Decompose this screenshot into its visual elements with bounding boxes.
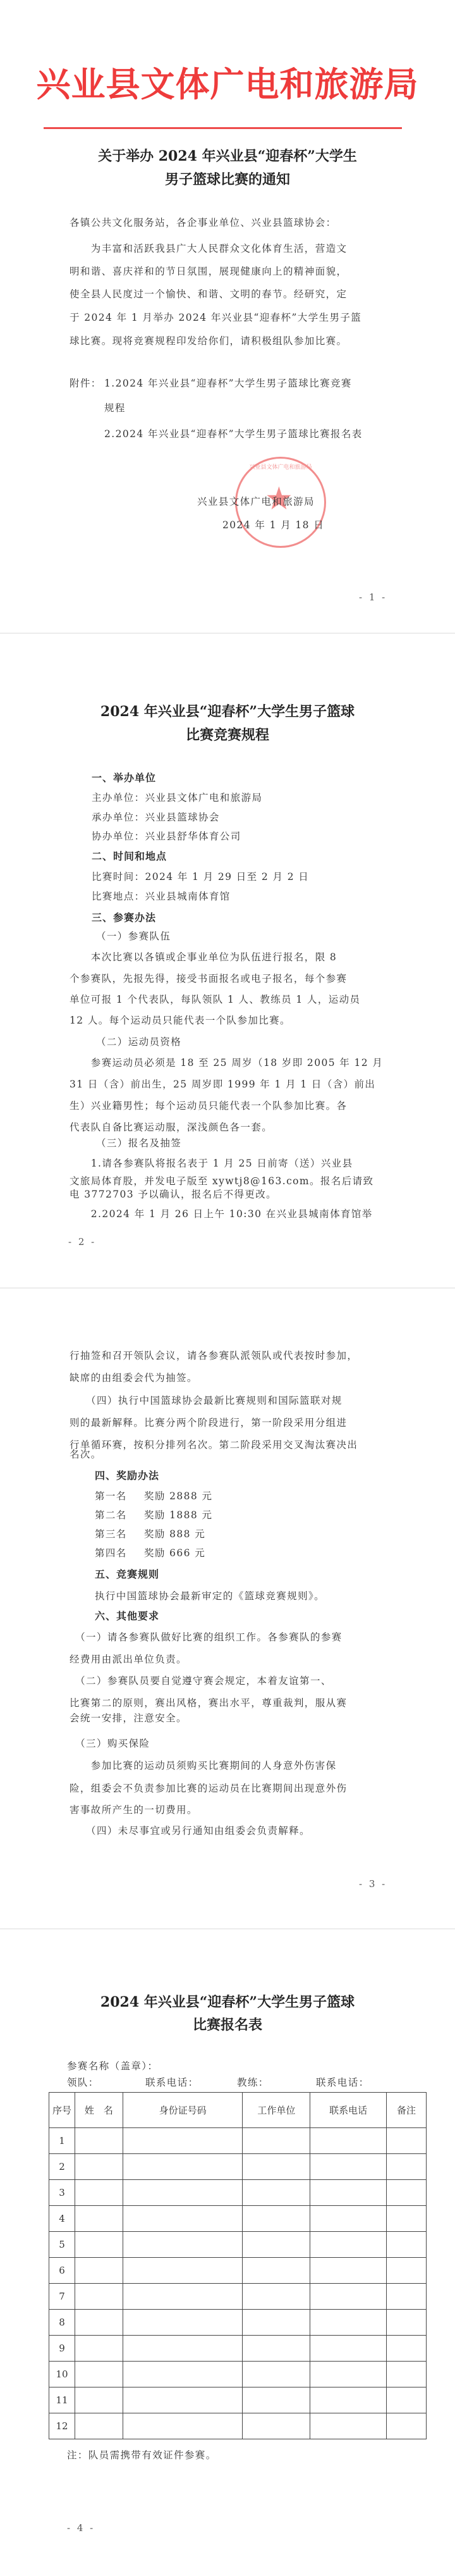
body-line: 球比赛。现将竞赛规程印发给你们，请积极组队参加比赛。 [70, 333, 347, 347]
other-line: （二）参赛队员要自觉遵守赛会规定，本着友谊第一、 [70, 1673, 332, 1687]
teams-line: 12 人。每个运动员只能代表一个队参加比赛。 [70, 1013, 291, 1027]
row-index: 12 [49, 2413, 75, 2439]
eligibility-line: 参赛运动员必须是 18 至 25 周岁（18 岁即 2005 年 12 月 [70, 1055, 383, 1069]
name-cell[interactable] [75, 2258, 123, 2284]
registration-line: 2.2024 年 1 月 26 日上午 10:30 在兴业县城南体育馆举 [70, 1206, 373, 1220]
remarks-cell[interactable] [387, 2413, 427, 2439]
table-row: 9 [49, 2336, 427, 2362]
phone-cell[interactable] [310, 2284, 387, 2310]
table-row: 6 [49, 2258, 427, 2284]
page-separator [0, 633, 455, 634]
id-cell[interactable] [123, 2413, 243, 2439]
organizer-line: 协办单位：兴业县舒华体育公司 [92, 829, 241, 843]
col-header-name: 姓 名 [75, 2093, 123, 2128]
subheading-eligibility: （二）运动员资格 [96, 1034, 181, 1048]
other-line: 险，组委会不负责参加比赛的运动员在比赛期间出现意外伤 [70, 1781, 347, 1795]
award-rank: 第二名 [95, 1508, 127, 1521]
name-cell[interactable] [75, 2232, 123, 2258]
workplace-cell[interactable] [243, 2284, 310, 2310]
teams-line: 个参赛队，先报先得，接受书面报名或电子报名，每个参赛 [70, 971, 347, 985]
phone-cell[interactable] [310, 2310, 387, 2336]
name-cell[interactable] [75, 2284, 123, 2310]
page-number: - 2 - [68, 1236, 96, 1248]
phone-cell[interactable] [310, 2154, 387, 2180]
coach-phone-field-label: 联系电话： [316, 2075, 370, 2089]
workplace-cell[interactable] [243, 2180, 310, 2206]
phone-cell[interactable] [310, 2258, 387, 2284]
phone-cell[interactable] [310, 2413, 387, 2439]
phone-cell[interactable] [310, 2128, 387, 2154]
award-rank: 第四名 [95, 1545, 127, 1559]
remarks-cell[interactable] [387, 2232, 427, 2258]
page-number: - 4 - [67, 2522, 95, 2534]
rules-title-line1: 2024 年兴业县“迎春杯”大学生男子篮球 [0, 700, 455, 724]
leader-phone-field-label: 联系电话： [145, 2075, 199, 2089]
workplace-cell[interactable] [243, 2362, 310, 2387]
section-heading-other: 六、其他要求 [95, 1608, 159, 1623]
name-cell[interactable] [75, 2310, 123, 2336]
phone-cell[interactable] [310, 2180, 387, 2206]
row-index: 9 [49, 2336, 75, 2362]
workplace-cell[interactable] [243, 2154, 310, 2180]
format-line: 名次。 [70, 1447, 102, 1461]
format-line: 则的最新解释。比赛分两个阶段进行，第一阶段采用分组进 [70, 1415, 347, 1429]
col-header-remarks: 备注 [387, 2093, 427, 2128]
award-prize: 奖励 888 元 [144, 1526, 205, 1540]
registration-table: 序号 姓 名 身份证号码 工作单位 联系电话 备注 1 2 3 4 5 6 7 … [49, 2092, 427, 2439]
organizer-line: 主办单位：兴业县文体广电和旅游局 [92, 790, 262, 804]
remarks-cell[interactable] [387, 2284, 427, 2310]
leader-field-label: 领队： [67, 2075, 99, 2089]
id-cell[interactable] [123, 2362, 243, 2387]
signature-date: 2024 年 1 月 18 日 [222, 517, 324, 531]
name-cell[interactable] [75, 2206, 123, 2232]
table-row: 3 [49, 2180, 427, 2206]
phone-cell[interactable] [310, 2387, 387, 2413]
other-line: 害事故所产生的一切费用。 [70, 1802, 198, 1816]
name-cell[interactable] [75, 2387, 123, 2413]
coach-field-label: 教练： [237, 2075, 269, 2089]
workplace-cell[interactable] [243, 2258, 310, 2284]
name-cell[interactable] [75, 2154, 123, 2180]
rules-text: 执行中国篮球协会最新审定的《篮球竞赛规则》。 [95, 1588, 325, 1602]
table-row: 8 [49, 2310, 427, 2336]
workplace-cell[interactable] [243, 2206, 310, 2232]
teams-line: 单位可报 1 个代表队，每队领队 1 人、教练员 1 人，运动员 [70, 992, 360, 1006]
eligibility-line: 31 日（含）前出生，25 周岁即 1999 年 1 月 1 日（含）前出 [70, 1077, 375, 1091]
id-cell[interactable] [123, 2154, 243, 2180]
form-title-line2: 比赛报名表 [0, 2014, 455, 2037]
body-line: 为丰富和活跃我县广大人民群众文化体育生活，营造文 [70, 241, 347, 255]
organizer-line: 承办单位：兴业县篮球协会 [92, 810, 220, 824]
form-title-line1: 2024 年兴业县“迎春杯”大学生男子篮球 [0, 1991, 455, 2014]
id-cell[interactable] [123, 2232, 243, 2258]
remarks-cell[interactable] [387, 2310, 427, 2336]
table-row: 2 [49, 2154, 427, 2180]
id-cell[interactable] [123, 2387, 243, 2413]
workplace-cell[interactable] [243, 2413, 310, 2439]
salutation: 各镇公共文化服务站，各企事业单位、兴业县篮球协会： [70, 215, 337, 229]
id-cell[interactable] [123, 2206, 243, 2232]
format-line: （四）执行中国篮球协会最新比赛规则和国际篮联对规 [70, 1393, 343, 1407]
row-index: 1 [49, 2128, 75, 2154]
rules-title-line2: 比赛竞赛规程 [0, 724, 455, 747]
section-heading-time-place: 二、时间和地点 [92, 848, 167, 863]
remarks-cell[interactable] [387, 2336, 427, 2362]
award-rank: 第三名 [95, 1526, 127, 1540]
body-line: 明和谐、喜庆祥和的节日氛围，展现健康向上的精神面貌， [70, 264, 347, 278]
body-line: 使全县人民度过一个愉快、和谐、文明的春节。经研究，定 [70, 287, 347, 300]
id-cell[interactable] [123, 2284, 243, 2310]
page-number: - 3 - [359, 1878, 387, 1890]
award-prize: 奖励 666 元 [144, 1545, 205, 1559]
row-index: 7 [49, 2284, 75, 2310]
row-index: 2 [49, 2154, 75, 2180]
section-heading-rules: 五、竞赛规则 [95, 1566, 159, 1581]
name-cell[interactable] [75, 2180, 123, 2206]
award-prize: 奖励 2888 元 [144, 1489, 212, 1502]
registration-line: 电 3772703 予以确认，报名后不得更改。 [70, 1187, 277, 1201]
notice-title-line1: 关于举办 2024 年兴业县“迎春杯”大学生 [0, 145, 455, 168]
team-name-field-label: 参赛名称（盖章）： [67, 2059, 158, 2072]
registration-line: 1.请各参赛队将报名表于 1 月 25 日前寄（送）兴业县 [70, 1156, 353, 1170]
teams-line: 本次比赛以各镇或企事业单位为队伍进行报名，限 8 [70, 950, 337, 963]
workplace-cell[interactable] [243, 2128, 310, 2154]
award-rank: 第一名 [95, 1489, 127, 1502]
stamp-ring-text: 兴业县文体广电和旅游局 [242, 462, 319, 471]
table-row: 7 [49, 2284, 427, 2310]
remarks-cell[interactable] [387, 2387, 427, 2413]
row-index: 8 [49, 2310, 75, 2336]
other-line: （一）请各参赛队做好比赛的组织工作。各参赛队的参赛 [70, 1630, 343, 1644]
section-heading-organizers: 一、举办单位 [92, 770, 156, 784]
col-header-index: 序号 [49, 2093, 75, 2128]
id-cell[interactable] [123, 2258, 243, 2284]
workplace-cell[interactable] [243, 2232, 310, 2258]
red-divider-line [44, 127, 402, 129]
time-line: 比赛时间：2024 年 1 月 29 日至 2 月 2 日 [92, 869, 309, 883]
phone-cell[interactable] [310, 2206, 387, 2232]
row-index: 11 [49, 2387, 75, 2413]
table-header-row: 序号 姓 名 身份证号码 工作单位 联系电话 备注 [49, 2093, 427, 2128]
body-line: 于 2024 年 1 月举办 2024 年兴业县“迎春杯”大学生男子篮 [70, 310, 361, 324]
other-line: 经费用由派出单位负责。 [70, 1652, 187, 1666]
signature-org: 兴业县文体广电和旅游局 [197, 494, 315, 508]
subheading-registration: （三）报名及抽签 [96, 1136, 181, 1149]
table-row: 4 [49, 2206, 427, 2232]
row-index: 3 [49, 2180, 75, 2206]
table-row: 5 [49, 2232, 427, 2258]
subheading-teams: （一）参赛队伍 [96, 929, 171, 943]
row-index: 10 [49, 2362, 75, 2387]
name-cell[interactable] [75, 2128, 123, 2154]
name-cell[interactable] [75, 2413, 123, 2439]
col-header-workplace: 工作单位 [243, 2093, 310, 2128]
id-cell[interactable] [123, 2128, 243, 2154]
other-line: 会统一安排，注意安全。 [70, 1711, 187, 1725]
row-index: 5 [49, 2232, 75, 2258]
notice-title-line2: 男子篮球比赛的通知 [0, 168, 455, 192]
page-separator [0, 1928, 455, 1929]
section-heading-awards: 四、奖励办法 [95, 1468, 159, 1482]
registration-line: 文旅局体育股，并发电子版至 xywtj8@163.com。报名后请致 [70, 1173, 373, 1187]
phone-cell[interactable] [310, 2362, 387, 2387]
attachment-item-1: 1.2024 年兴业县“迎春杯”大学生男子篮球比赛竞赛 [104, 376, 352, 390]
other-line: 比赛第二的原则，赛出风格，赛出水平，尊重裁判，服从赛 [70, 1695, 347, 1709]
red-letterhead: 兴业县文体广电和旅游局 [0, 62, 455, 106]
section-heading-participation: 三、参赛办法 [92, 910, 156, 924]
attachment-item-1-cont: 规程 [104, 400, 126, 414]
eligibility-line: 生）兴业籍男性；每个运动员只能代表一个队参加比赛。各 [70, 1098, 347, 1112]
draw-cont-line: 行抽签和召开领队会议，请各参赛队派领队或代表按时参加， [70, 1348, 358, 1362]
draw-cont-line: 缺席的由组委会代为抽签。 [70, 1370, 198, 1384]
remarks-cell[interactable] [387, 2154, 427, 2180]
table-row: 1 [49, 2128, 427, 2154]
workplace-cell[interactable] [243, 2310, 310, 2336]
row-index: 4 [49, 2206, 75, 2232]
format-line: 行单循环赛，按积分排列名次。第二阶段采用交叉淘汰赛决出 [70, 1437, 358, 1451]
page-separator [0, 1287, 455, 1289]
attachments-label: 附件： [70, 376, 102, 390]
remarks-cell[interactable] [387, 2258, 427, 2284]
row-index: 6 [49, 2258, 75, 2284]
phone-cell[interactable] [310, 2232, 387, 2258]
name-cell[interactable] [75, 2362, 123, 2387]
other-line: （三）购买保险 [70, 1736, 150, 1750]
table-row: 10 [49, 2362, 427, 2387]
col-header-phone: 联系电话 [310, 2093, 387, 2128]
form-note: 注：队员需携带有效证件参赛。 [67, 2448, 217, 2461]
phone-cell[interactable] [310, 2336, 387, 2362]
place-line: 比赛地点：兴业县城南体育馆 [92, 889, 231, 903]
page-number: - 1 - [359, 591, 387, 603]
attachment-item-2: 2.2024 年兴业县“迎春杯”大学生男子篮球比赛报名表 [104, 426, 363, 440]
other-line: （四）未尽事宜或另行通知由组委会负责解释。 [70, 1823, 310, 1837]
id-cell[interactable] [123, 2180, 243, 2206]
col-header-id-number: 身份证号码 [123, 2093, 243, 2128]
remarks-cell[interactable] [387, 2362, 427, 2387]
award-prize: 奖励 1888 元 [144, 1508, 212, 1521]
id-cell[interactable] [123, 2336, 243, 2362]
other-line: 参加比赛的运动员须购买比赛期间的人身意外伤害保 [70, 1758, 337, 1772]
workplace-cell[interactable] [243, 2387, 310, 2413]
table-row: 12 [49, 2413, 427, 2439]
id-cell[interactable] [123, 2310, 243, 2336]
remarks-cell[interactable] [387, 2128, 427, 2154]
table-row: 11 [49, 2387, 427, 2413]
remarks-cell[interactable] [387, 2180, 427, 2206]
eligibility-line: 代表队自备比赛运动服，深浅颜色各一套。 [70, 1120, 272, 1134]
name-cell[interactable] [75, 2336, 123, 2362]
workplace-cell[interactable] [243, 2336, 310, 2362]
remarks-cell[interactable] [387, 2206, 427, 2232]
